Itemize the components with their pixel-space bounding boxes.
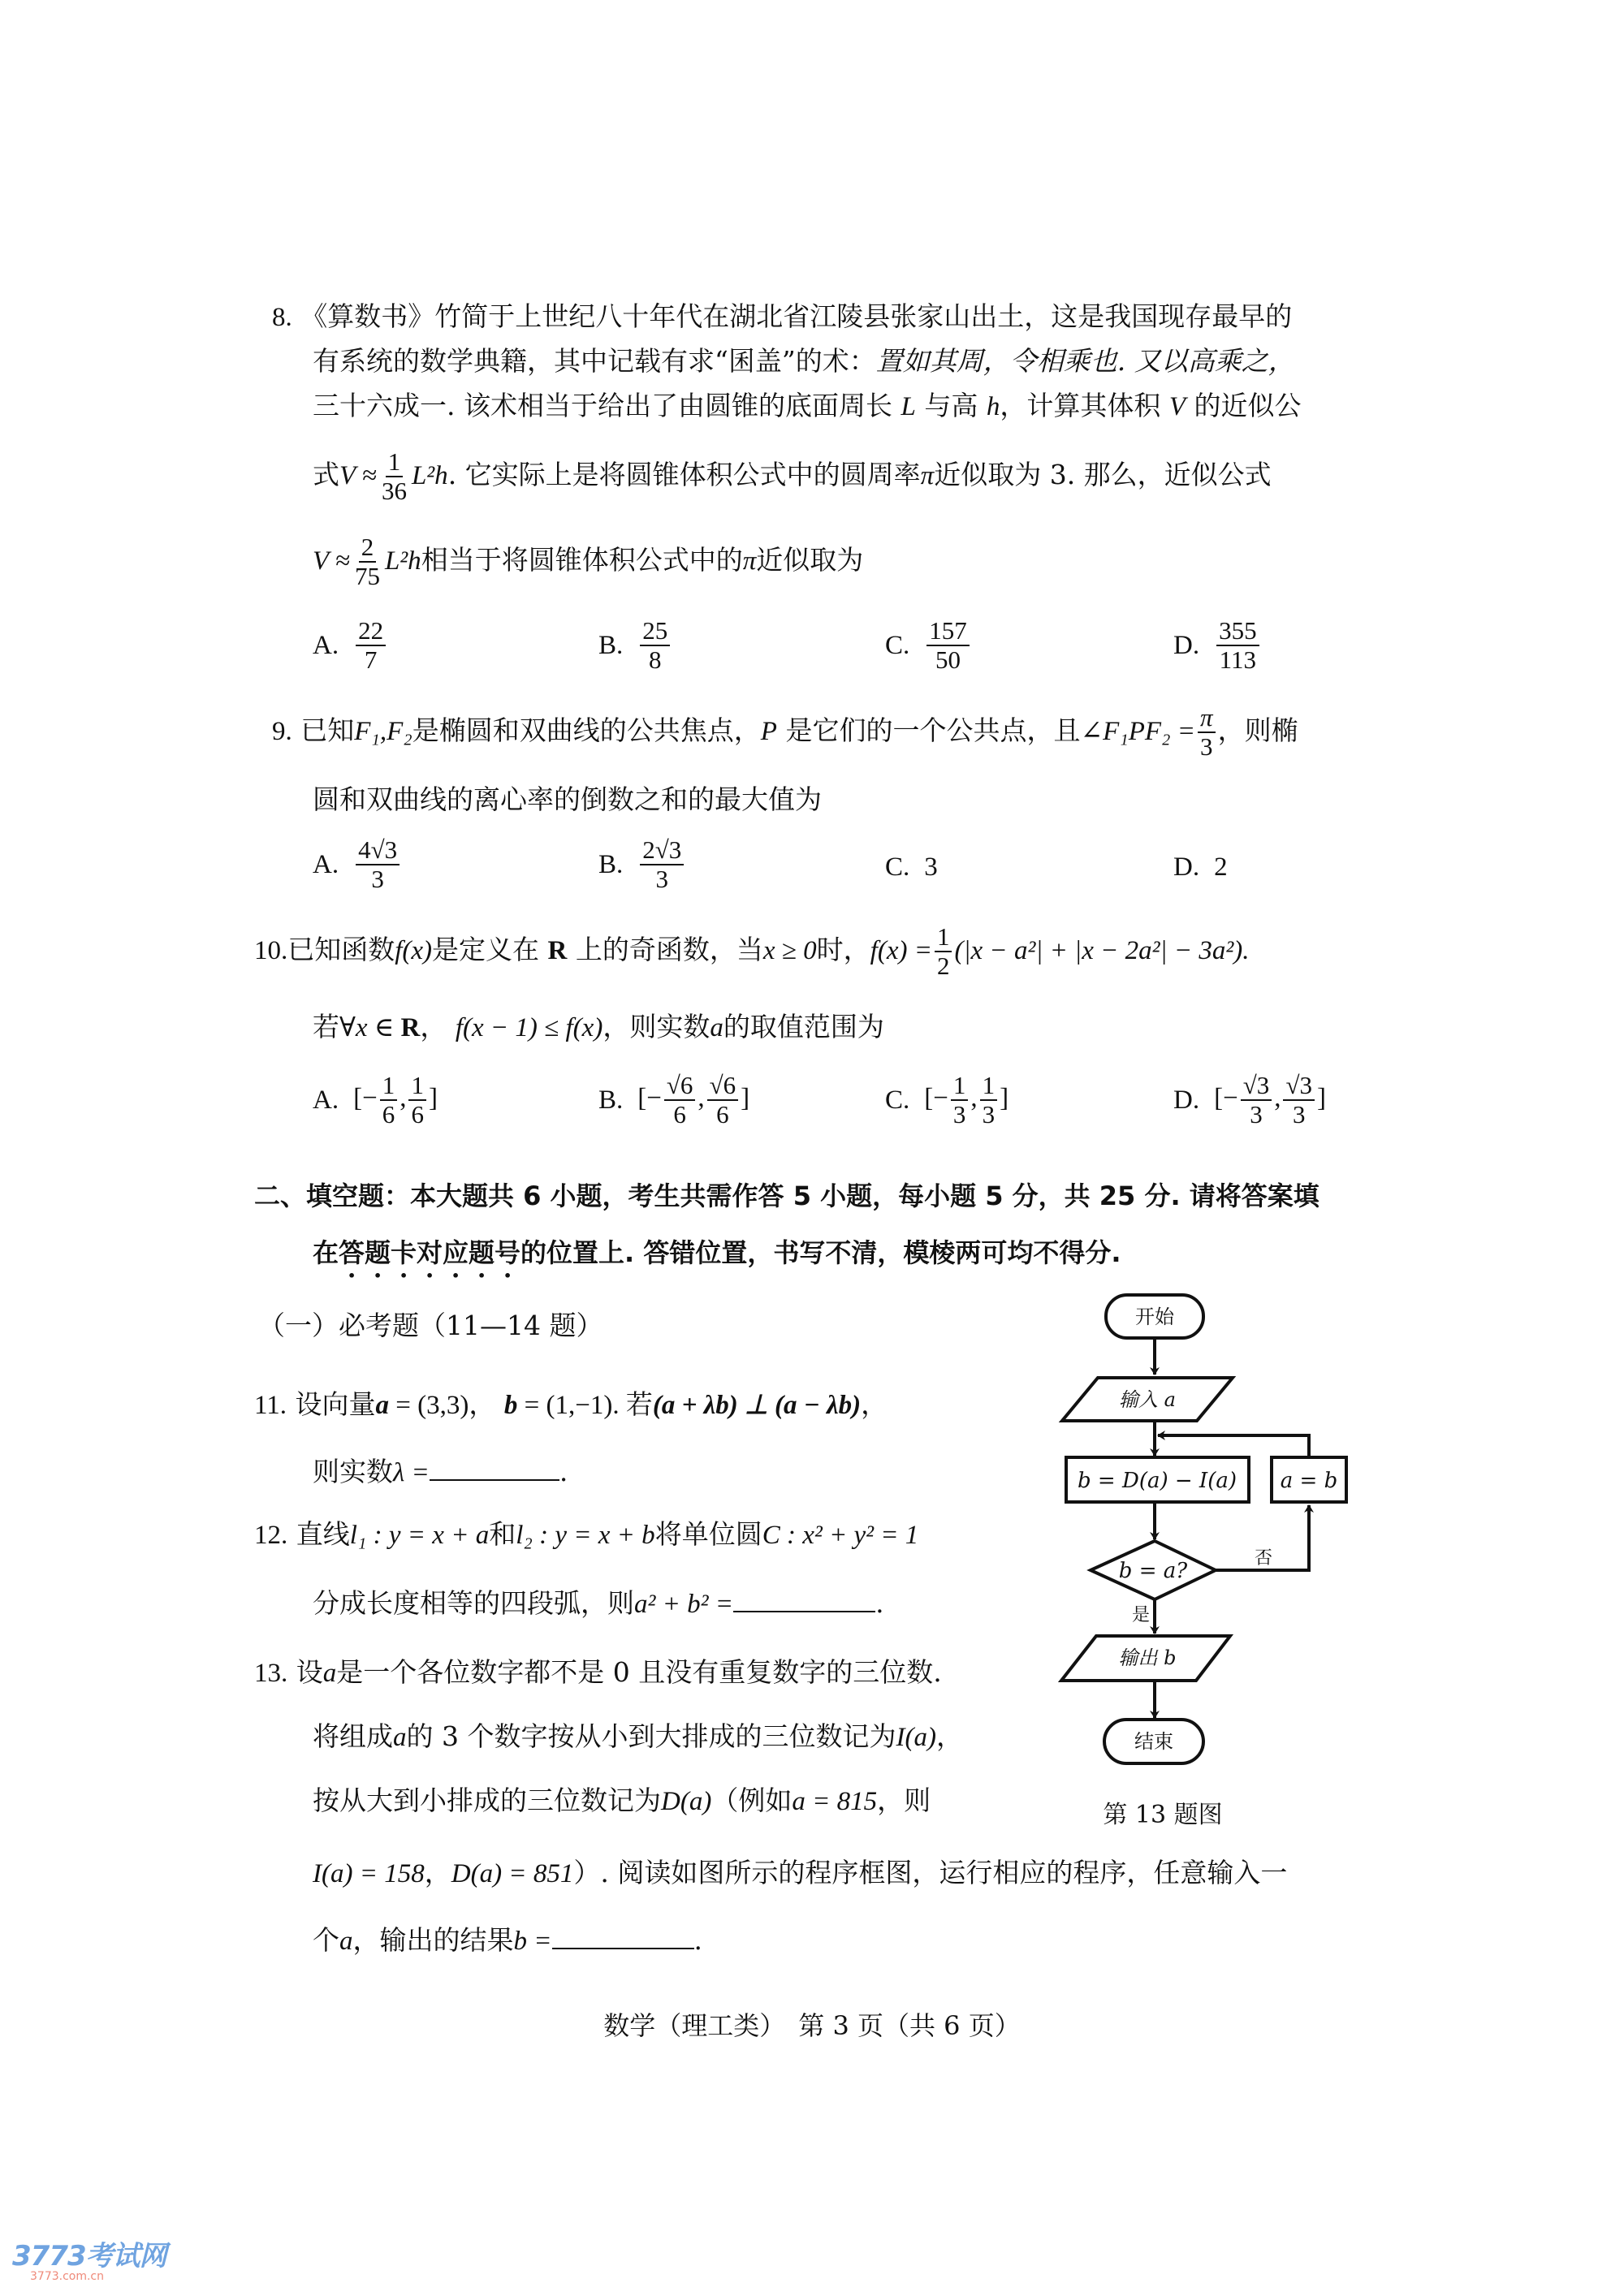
q13-line1: 13. 设a是一个各位数字都不是 0 且没有重复数字的三位数. (254, 1656, 942, 1690)
q10-line2: 若∀x ∈ R， f(x − 1) ≤ f(x)，则实数a的取值范围为 (313, 1011, 884, 1044)
watermark-brand: 3773考试网 (12, 2242, 166, 2270)
fraction-2-75: 275 (352, 533, 382, 590)
q13-line3: 按从大到小排成的三位数记为D(a)（例如a = 815，则 (313, 1785, 931, 1818)
q8-line1: 8. 《算数书》竹简于上世纪八十年代在湖北省江陵县张家山出土，这是我国现存最早的 (272, 300, 1292, 334)
q8-line3: 三十六成一. 该术相当于给出了由圆锥的底面周长 L 与高 h，计算其体积 V 的… (313, 390, 1302, 423)
q12-line1: 12. 直线l₁ : y = x + a和l₂ : y = x + b将单位圆C… (254, 1518, 918, 1552)
answer-blank-q11[interactable] (430, 1458, 559, 1481)
q8-option-a: A. 227 (313, 617, 388, 674)
q11-line1: 11. 设向量a = (3,3)， b = (1,−1). 若(a + λb) … (254, 1388, 888, 1422)
flow-no-label: 否 (1255, 1548, 1272, 1569)
section-heading: 二、填空题：本大题共 6 小题，考生共需作答 5 小题，每小题 5 分，共 25… (254, 1180, 1319, 1212)
flow-decision-label: b = a? (1119, 1559, 1188, 1583)
answer-blank-q12[interactable] (733, 1590, 875, 1612)
q9-option-a: A. 4√33 (313, 836, 402, 893)
fraction-1-2: 12 (935, 923, 952, 980)
q9-number: 9. (272, 717, 292, 746)
q8-option-b: B. 258 (598, 617, 672, 674)
q8-option-d: D. 355113 (1173, 617, 1262, 674)
flow-assign-label: a = b (1281, 1469, 1337, 1493)
flow-input-label: 输入 a (1119, 1388, 1176, 1411)
q10-option-a: A. [−16,16] (313, 1072, 438, 1129)
q13-line4: I(a) = 158，D(a) = 851）. 阅读如图所示的程序框图，运行相应… (313, 1857, 1287, 1890)
q10-option-d: D. [−√33,√33] (1173, 1072, 1326, 1129)
q8-option-c: C. 15750 (885, 617, 972, 674)
q10-option-b: B. [−√66,√66] (598, 1072, 749, 1129)
flow-output-label: 输出 b (1119, 1646, 1177, 1669)
subheading: （一）必考题（11—14 题） (258, 1310, 603, 1342)
flow-yes-label: 是 (1132, 1605, 1150, 1625)
q11-number: 11. (254, 1391, 287, 1420)
q9-option-d: D. 2 (1173, 852, 1228, 883)
page-footer: 数学（理工类） 第 3 页（共 6 页） (0, 2005, 1624, 2043)
q11-line2: 则实数λ =. (313, 1456, 568, 1489)
emphasized-text: 答题卡对应题号 (339, 1237, 520, 1268)
q12-line2: 分成长度相等的四段弧，则a² + b² =. (313, 1587, 884, 1621)
q10-line1: 10.已知函数f(x)是定义在 R 上的奇函数，当x ≥ 0时，f(x) =12… (254, 917, 1250, 983)
fraction-pi-3: π3 (1198, 704, 1216, 761)
flowchart: 开始 输入 a b = D(a) − I(a) a = b b = a? 否 是… (1047, 1283, 1372, 1843)
flow-end-label: 结束 (1134, 1730, 1173, 1753)
q9-line1: 9. 已知F₁,F₂是椭圆和双曲线的公共焦点，P 是它们的一个公共点，且∠F₁P… (272, 698, 1298, 764)
q8-line2: 有系统的数学典籍，其中记载有求“囷盖”的术：置如其周，令相乘也. 又以高乘之， (313, 345, 1295, 378)
q9-line2: 圆和双曲线的离心率的倒数之和的最大值为 (313, 783, 822, 816)
q12-number: 12. (254, 1521, 287, 1550)
answer-blank-q13[interactable] (552, 1927, 694, 1949)
q8-number: 8. (272, 303, 292, 332)
q8-line5: V ≈275L²h相当于将圆锥体积公式中的π近似取为 (313, 528, 863, 593)
flow-caption: 第 13 题图 (1103, 1801, 1222, 1829)
fraction-1-36: 136 (379, 448, 409, 505)
q13-line2: 将组成a的 3 个数字按从小到大排成的三位数记为I(a)， (313, 1720, 963, 1754)
section-heading-line2: 在答题卡对应题号的位置上. 答错位置，书写不清，模棱两可均不得分. (313, 1236, 1121, 1284)
q9-option-b: B. 2√33 (598, 836, 686, 893)
q13-number: 13. (254, 1659, 287, 1688)
q8-line4: 式V ≈136L²h. 它实际上是将圆锥体积公式中的圆周率π近似取为 3. 那么… (313, 442, 1272, 508)
q10-number: 10. (254, 936, 287, 965)
classical-quote: 置如其周，令相乘也. 又以高乘之， (876, 345, 1295, 377)
watermark-logo: 3773考试网 3773.com.cn (12, 2242, 166, 2283)
q10-option-c: C. [−13,13] (885, 1072, 1009, 1129)
q9-option-c: C. 3 (885, 852, 938, 883)
flow-process-label: b = D(a) − I(a) (1078, 1469, 1237, 1493)
q13-line5: 个a，输出的结果b =. (313, 1924, 702, 1957)
flow-start-label: 开始 (1135, 1306, 1175, 1328)
